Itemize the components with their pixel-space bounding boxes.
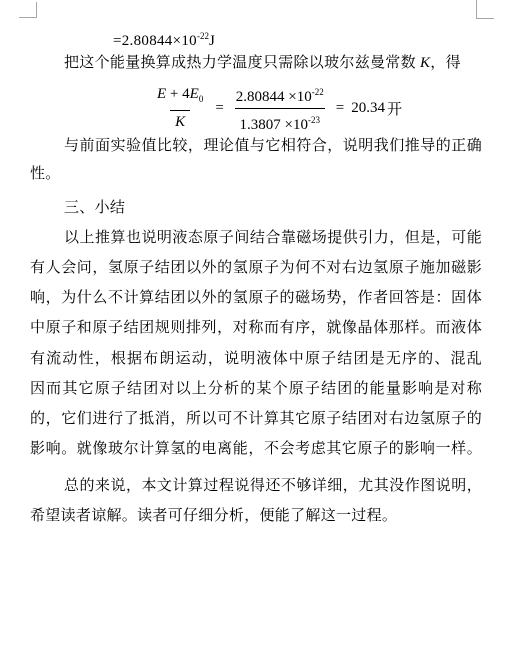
text-boundary-corner-top-left — [19, 2, 37, 18]
paragraph-line: 把这个能量换算成热力学温度只需除以玻尔兹曼常数 K，得 — [64, 48, 482, 78]
section-heading: 三、小结 — [64, 193, 482, 223]
lhs-denominator: K — [170, 110, 190, 132]
paragraph-line: 因而其它原子结团对以上分析的某个原子结团的能量影响是对称 — [30, 374, 482, 404]
temperature-conversion-formula: E + 4E0 K = 2.80844 ×10-22 1.3807 ×10-23… — [152, 84, 402, 132]
text-segment: 把这个能量换算成热力学温度只需除以玻尔兹曼常数 — [64, 55, 420, 71]
energy-exponent: -22 — [197, 31, 209, 41]
variable-E: E — [157, 86, 166, 102]
paragraph-line: 希望读者谅解。读者可仔细分析，便能了解这一过程。 — [30, 501, 482, 531]
variable-K: K — [175, 114, 185, 130]
equals-sign: = — [215, 100, 223, 117]
equals-sign: = — [336, 100, 344, 117]
paragraph-line: 的，它们进行了抵消，所以可不计算其它原子结团对右边氢原子的 — [30, 404, 482, 434]
lhs-fraction: E + 4E0 K — [152, 84, 208, 132]
energy-result-line: =2.80844×10-22J — [113, 21, 215, 51]
result-unit-kelvin: 开 — [387, 98, 402, 119]
energy-value: =2.80844×10 — [113, 33, 197, 49]
paragraph-line: 总的来说，本文计算过程说得还不够详细，尤其没作图说明， — [64, 471, 482, 501]
variable-E0: E — [190, 86, 199, 102]
lhs-numerator: E + 4E0 — [152, 84, 208, 110]
energy-unit: J — [209, 33, 215, 49]
paragraph-line: 与前面实验值比较，理论值与它相符合，说明我们推导的正确 — [64, 131, 482, 161]
boltzmann-constant-symbol: K — [420, 55, 430, 71]
result-value: 20.34 — [351, 100, 385, 117]
numerator-value: 2.80844 ×10 — [236, 89, 312, 105]
text-segment: ，得 — [430, 55, 461, 71]
plus-4: + 4 — [166, 86, 189, 102]
paragraph-line: 影响。就像玻尔计算氢的电离能，不会考虑其它原子的影响一样。 — [30, 434, 482, 464]
paragraph-line: 性。 — [30, 159, 482, 189]
text-boundary-corner-top-right — [476, 0, 494, 19]
paragraph-line: 响，为什么不计算结团以外的氢原子的磁场势，作者回答是：固体 — [30, 283, 482, 313]
document-page: =2.80844×10-22J 把这个能量换算成热力学温度只需除以玻尔兹曼常数 … — [0, 0, 526, 655]
paragraph-line: 有人会问，氢原子结团以外的氢原子为何不对右边氢原子施加磁影 — [30, 253, 482, 283]
numerator-exponent: -22 — [312, 87, 324, 97]
rhs-fraction: 2.80844 ×10-22 1.3807 ×10-23 — [231, 82, 329, 135]
denominator-exponent: -23 — [308, 115, 320, 125]
subscript-0: 0 — [199, 94, 204, 104]
rhs-numerator: 2.80844 ×10-22 — [231, 82, 329, 108]
paragraph-line: 有流动性，根据布朗运动，说明液体中原子结团是无序的、混乱的， — [30, 344, 482, 374]
paragraph-line: 中原子和原子结团规则排列，对称而有序，就像晶体那样。而液体 — [30, 313, 482, 343]
paragraph-line: 以上推算也说明液态原子间结合靠磁场提供引力，但是，可能 — [64, 223, 482, 253]
